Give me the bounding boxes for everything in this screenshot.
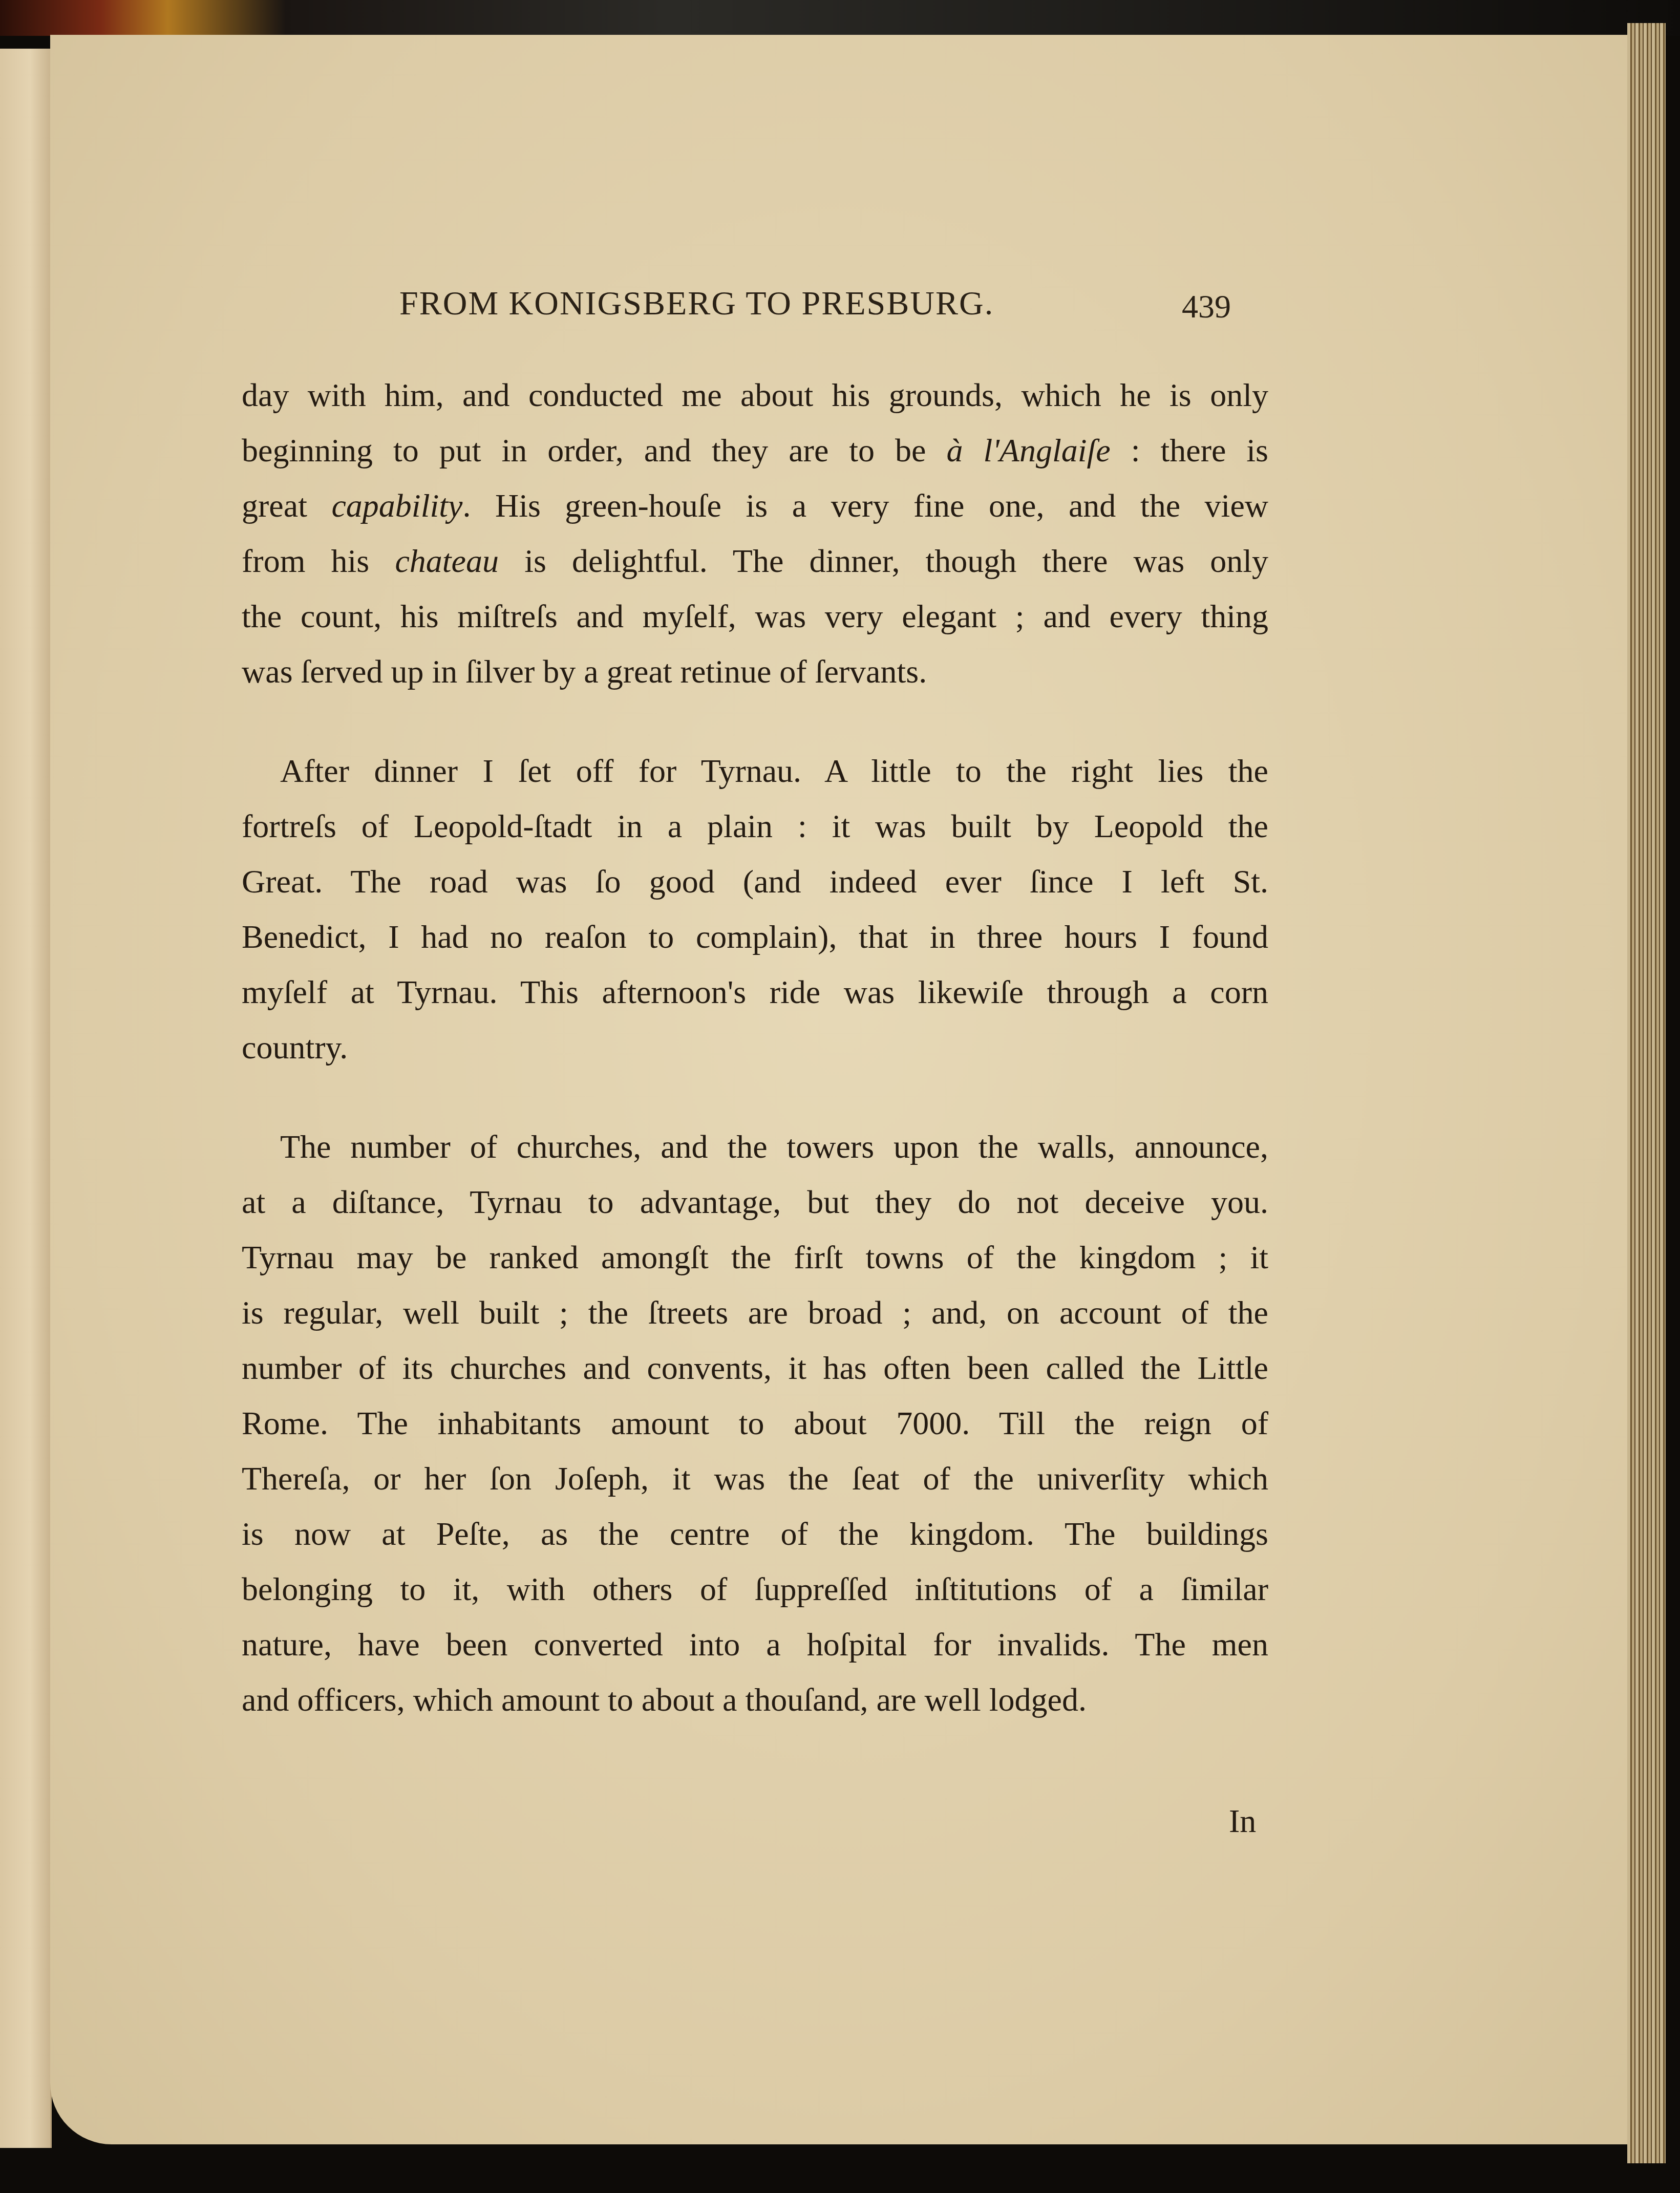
text-span: nature, have been converted into a hoſpi… xyxy=(242,1626,1268,1663)
text-line: at a diſtance, Tyrnau to advantage, but … xyxy=(242,1175,1268,1230)
text-span: at a diſtance, Tyrnau to advantage, but … xyxy=(242,1184,1268,1220)
text-span: is delightful. The dinner, though there … xyxy=(499,543,1268,579)
text-span: : there is xyxy=(1111,432,1268,469)
text-line: number of its churches and convents, it … xyxy=(242,1340,1268,1396)
text-line: Thereſa, or her ſon Joſeph, it was the ſ… xyxy=(242,1451,1268,1506)
text-line: Benedict, I had no reaſon to complain), … xyxy=(242,909,1268,965)
text-line: was ſerved up in ſilver by a great retin… xyxy=(242,644,1268,699)
text-line: nature, have been converted into a hoſpi… xyxy=(242,1617,1268,1672)
text-line: day with him, and conducted me about his… xyxy=(242,368,1268,423)
text-span: is regular, well built ; the ſtreets are… xyxy=(242,1294,1268,1331)
text-span: After dinner I ſet off for Tyrnau. A lit… xyxy=(280,753,1268,789)
text-span: country. xyxy=(242,1029,348,1066)
text-span: was ſerved up in ſilver by a great retin… xyxy=(242,653,927,690)
book-top-edge xyxy=(0,0,1680,36)
text-span: is now at Peſte, as the centre of the ki… xyxy=(242,1516,1268,1552)
text-line: myſelf at Tyrnau. This afternoon's ride … xyxy=(242,965,1268,1020)
italic-text: à l'Anglaiſe xyxy=(946,432,1110,469)
text-line: is now at Peſte, as the centre of the ki… xyxy=(242,1506,1268,1562)
text-line: Great. The road was ſo good (and indeed … xyxy=(242,854,1268,909)
paragraph: The number of churches, and the towers u… xyxy=(242,1119,1268,1728)
text-line: and officers, which amount to about a th… xyxy=(242,1672,1268,1728)
text-span: beginning to put in order, and they are … xyxy=(242,432,946,469)
paragraph: After dinner I ſet off for Tyrnau. A lit… xyxy=(242,743,1268,1075)
catchword: In xyxy=(1229,1802,1256,1840)
text-span: Benedict, I had no reaſon to complain), … xyxy=(242,919,1268,955)
text-line: After dinner I ſet off for Tyrnau. A lit… xyxy=(242,743,1268,799)
facing-page-edge xyxy=(0,49,52,2148)
text-line: Rome. The inhabitants amount to about 70… xyxy=(242,1396,1268,1451)
text-span: belonging to it, with others of ſuppreſſ… xyxy=(242,1571,1268,1607)
text-line: the count, his miſtreſs and myſelf, was … xyxy=(242,589,1268,644)
paragraph: day with him, and conducted me about his… xyxy=(242,368,1268,699)
text-span: Rome. The inhabitants amount to about 70… xyxy=(242,1405,1268,1441)
text-span: myſelf at Tyrnau. This afternoon's ride … xyxy=(242,974,1268,1010)
text-span: fortreſs of Leopold-ſtadt in a plain : i… xyxy=(242,808,1268,844)
paragraph-gap xyxy=(242,699,1268,743)
text-span: Tyrnau may be ranked amongſt the firſt t… xyxy=(242,1239,1268,1275)
text-line: The number of churches, and the towers u… xyxy=(242,1119,1268,1175)
text-span: The number of churches, and the towers u… xyxy=(280,1129,1268,1165)
text-line: Tyrnau may be ranked amongſt the firſt t… xyxy=(242,1230,1268,1285)
text-span: great xyxy=(242,487,331,524)
text-span: day with him, and conducted me about his… xyxy=(242,377,1268,413)
text-line: beginning to put in order, and they are … xyxy=(242,423,1268,478)
running-head: FROM KONIGSBERG TO PRESBURG. xyxy=(399,284,1270,323)
text-line: belonging to it, with others of ſuppreſſ… xyxy=(242,1562,1268,1617)
italic-text: chateau xyxy=(395,543,499,579)
text-span: Great. The road was ſo good (and indeed … xyxy=(242,863,1268,900)
text-line: country. xyxy=(242,1020,1268,1075)
text-line: is regular, well built ; the ſtreets are… xyxy=(242,1285,1268,1340)
body-text: day with him, and conducted me about his… xyxy=(242,368,1268,1728)
paragraph-gap xyxy=(242,1075,1268,1119)
text-span: . His green-houſe is a very fine one, an… xyxy=(462,487,1268,524)
italic-text: capability xyxy=(331,487,462,524)
text-span: from his xyxy=(242,543,395,579)
text-span: the count, his miſtreſs and myſelf, was … xyxy=(242,598,1268,634)
page-number: 439 xyxy=(1182,288,1231,326)
text-line: from his chateau is delightful. The dinn… xyxy=(242,534,1268,589)
text-span: Thereſa, or her ſon Joſeph, it was the ſ… xyxy=(242,1460,1268,1497)
text-span: and officers, which amount to about a th… xyxy=(242,1681,1087,1718)
text-line: great capability. His green-houſe is a v… xyxy=(242,478,1268,534)
page-stack-edges xyxy=(1627,23,1666,2163)
text-line: fortreſs of Leopold-ſtadt in a plain : i… xyxy=(242,799,1268,854)
text-span: number of its churches and convents, it … xyxy=(242,1350,1268,1386)
